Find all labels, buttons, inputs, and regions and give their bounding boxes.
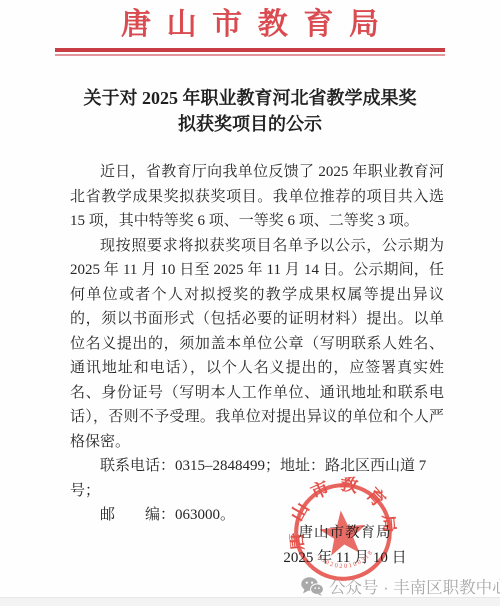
letterhead-rule-thick	[55, 48, 445, 52]
document-title-line2: 拟获奖项目的公示	[30, 112, 470, 138]
wechat-watermark-label: 公众号 · 丰南区职教中心	[329, 574, 500, 598]
signature-agency: 唐山市教育局	[260, 521, 430, 542]
contact-phone-address: 联系电话：0315–2848499；地址：路北区西山道 7 号；	[70, 454, 444, 503]
wechat-watermark: 公众号 · 丰南区职教中心	[300, 574, 500, 598]
signature-date: 2025 年 11 月 10 日	[260, 546, 430, 567]
paragraph-notice: 现按照要求将拟获奖项目名单予以公示，公示期为 2025 年 11 月 10 日至…	[70, 234, 444, 455]
scan-page-bottom-edge	[0, 597, 500, 606]
document-title-line1: 关于对 2025 年职业教育河北省教学成果奖	[30, 86, 470, 112]
document-body: 近日，省教育厅向我单位反馈了 2025 年职业教育河北省教学成果奖拟获奖项目。我…	[70, 160, 444, 528]
document-title: 关于对 2025 年职业教育河北省教学成果奖 拟获奖项目的公示	[30, 86, 470, 137]
document-page: 唐山市教育局 关于对 2025 年职业教育河北省教学成果奖 拟获奖项目的公示 近…	[0, 0, 500, 606]
wechat-icon	[300, 576, 324, 596]
paragraph-intro: 近日，省教育厅向我单位反馈了 2025 年职业教育河北省教学成果奖拟获奖项目。我…	[70, 160, 444, 234]
letterhead-rule	[55, 48, 445, 56]
letterhead-rule-thin	[55, 54, 445, 56]
agency-letterhead: 唐山市教育局	[0, 8, 500, 42]
